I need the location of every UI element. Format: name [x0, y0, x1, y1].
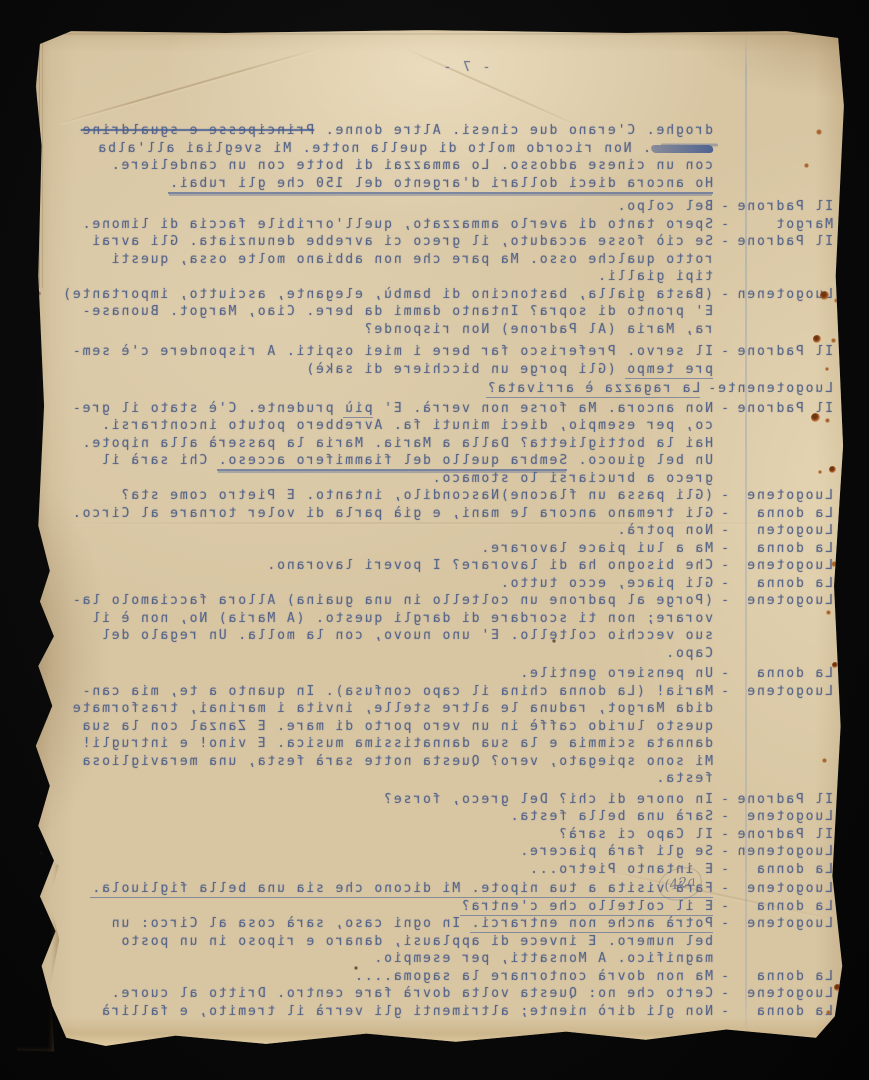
script-line: Certo che no: Questa volta dovrà fare ce… [51, 985, 713, 1003]
speaker-label: Margot [729, 216, 833, 234]
speaker-dash: - [713, 880, 729, 898]
script-line: rotto qualche osso. Ma pare che non abbi… [51, 251, 713, 269]
rust-spot [829, 466, 836, 473]
dialogue-entry: Luogotene-Sarà una bella festa. [32, 808, 833, 826]
script-line: Non gli dirò niente; altrimenti gli verr… [51, 1003, 713, 1021]
speaker-label: La donna [729, 898, 833, 916]
mirrored-typescript: - 7 - droghe. C'erano due cinesi. Altre … [26, 26, 848, 1050]
speaker-label: Il Padrone [729, 826, 833, 844]
marked-text: Ho ancora dieci dollari d'argento del 15… [168, 176, 713, 194]
dialogue-text: Gli piace, ecco tutto. [51, 575, 713, 593]
dialogue-entry: Il Padrone-Non ancora. Ma forse non verr… [32, 400, 833, 488]
script-line: vorare; non ti scordare di dargli questo… [51, 610, 713, 628]
script-line: Maria! (La donna china il capo confusa).… [51, 683, 713, 701]
speaker-label: Luogotenente [716, 380, 833, 398]
script-line: (Gli passa un flacone)Nascondilo, intant… [51, 487, 713, 505]
speaker-dash: - [713, 915, 729, 933]
speaker-dash: - [713, 575, 729, 593]
script-line: Un bel giuoco. Sembra quello del fiammif… [51, 452, 713, 470]
script-line: Spero tanto di averlo ammazzato, quell'o… [51, 216, 713, 234]
speaker-label: Luogotene [729, 808, 833, 826]
dialogue-entry: Luogotene-Potrà anche non entrarci. In o… [32, 915, 833, 968]
marked-text: più [343, 401, 372, 418]
speaker-label: La donna [729, 861, 833, 879]
script-line: ra, Maria (Al Padrone) Non risponde? [51, 321, 713, 339]
script-line: droghe. C'erano due cinesi. Altre donne.… [51, 122, 713, 140]
dialogue-entry: Luogoten-Non potrà. [32, 522, 833, 540]
script-line: (Porge al padrone un coltello in una gua… [51, 592, 713, 610]
dialogue-text: Ma non dovrà contornare la sagoma.... [51, 968, 713, 986]
speaker-label: Luogotenen [729, 843, 833, 861]
dialogue-entry: Luogotene-Maria! (La donna china il capo… [32, 683, 833, 788]
dialogue-entry: Il Padrone-Se ciò fosse accaduto, il gre… [32, 233, 833, 286]
script-line: E il coltello che c'entra? [51, 898, 713, 916]
dialogue-entry: La donna-E intanto Pietro... [32, 861, 833, 879]
rust-spot [813, 335, 821, 343]
speaker-label: Luogotenen [729, 286, 833, 304]
dialogue-text: In onore di chi? Del greco, forse? [51, 791, 713, 809]
speaker-dash: - [713, 683, 729, 701]
marked-text: Potrà anche non entrarci. [470, 916, 713, 933]
speaker-dash: - [713, 540, 729, 558]
marked-text: pre tempo [625, 362, 713, 379]
speaker-dash: - [713, 665, 729, 683]
dialogue-text: droghe. C'erano due cinesi. Altre donne.… [51, 122, 713, 192]
dialogue-text: Se ciò fosse accaduto, il greco ci avreb… [51, 233, 713, 286]
dialogue-entry: droghe. C'erano due cinesi. Altre donne.… [32, 122, 833, 192]
speaker-label: Luogoten [729, 522, 833, 540]
dialogue-text: (Gli passa un flacone)Nascondilo, intant… [51, 487, 713, 505]
script-line: Un pensiero gentile. [51, 665, 713, 683]
torn-paper-flap [6, 850, 61, 1051]
dialogue-text: Maria! (La donna china il capo confusa).… [51, 683, 713, 788]
script-line: Ma a lui piace lavorare. [51, 540, 713, 558]
script-line: Hai la bottiglietta? Dalla a Maria. Mari… [51, 435, 713, 453]
dialogue-entry: La donna-E il coltello che c'entra? [32, 898, 833, 916]
dialogue-entry: Il Padrone-Bel colpo. [32, 198, 833, 216]
speaker-dash: - [713, 522, 729, 540]
script-line: greco a bruciarsi lo stomaco. [51, 470, 713, 488]
script-line: questo lurido caffè in un vero porto di … [51, 718, 713, 736]
rust-spot [820, 291, 829, 300]
script-line: E intanto Pietro... [51, 861, 713, 879]
dialogue-text: Sarà una bella festa. [51, 808, 713, 826]
dialogue-text: Certo che no: Questa volta dovrà fare ce… [51, 985, 713, 1003]
script-line: (Basta gialla, bastoncino di bambù, eleg… [51, 286, 713, 304]
script-line: bel numero. E invece di applausi, danaro… [51, 933, 713, 951]
script-line: Potrà anche non entrarci. In ogni caso, … [51, 915, 713, 933]
speaker-label: Luogotene [729, 985, 833, 1003]
dialogue-text: (Basta gialla, bastoncino di bambù, eleg… [51, 286, 713, 339]
script-line: La ragazza è arrivata? [38, 380, 700, 398]
rust-spot [831, 338, 836, 343]
speaker-dash: - [700, 380, 716, 398]
dialogue-entry: Margot-Spero tanto di averlo ammazzato, … [32, 216, 833, 234]
marked-text: La ragazza è arrivata? [486, 381, 700, 398]
script-body: droghe. C'erano due cinesi. Altre donne.… [32, 122, 833, 1020]
script-line: pre tempo (Gli porge un bicchiere di sak… [51, 361, 713, 379]
dialogue-text: (Porge al padrone un coltello in una gua… [51, 592, 713, 662]
speaker-dash: - [713, 557, 729, 575]
speaker-label: La donna [729, 665, 833, 683]
script-line: Ma non dovrà contornare la sagoma.... [51, 968, 713, 986]
rust-spot [825, 418, 830, 423]
speaker-dash: - [713, 216, 729, 234]
speaker-dash: - [713, 198, 729, 216]
speaker-dash: - [713, 826, 729, 844]
script-line: Se gli farà piacere. [51, 843, 713, 861]
speaker-dash: - [713, 843, 729, 861]
rust-spot [822, 758, 827, 763]
marked-text: Farà visita a tua nipote. Mi dicono che … [90, 881, 713, 898]
script-line: Capo. [51, 645, 713, 663]
rust-spot [834, 984, 841, 991]
document-page: - 7 - droghe. C'erano due cinesi. Altre … [26, 26, 848, 1050]
rust-spot [834, 298, 839, 303]
ink-blot [650, 145, 713, 153]
speaker-label: Il Padrone [729, 791, 833, 809]
speaker-label: La donna [729, 540, 833, 558]
rust-spot [832, 662, 838, 668]
speaker-dash: - [713, 286, 729, 304]
script-line: Gli piace, ecco tutto. [51, 575, 713, 593]
script-line: Bel colpo. [51, 198, 713, 216]
dialogue-text: Non potrà. [51, 522, 713, 540]
rust-spot [826, 1010, 831, 1015]
speaker-dash: - [713, 343, 729, 361]
dialogue-text: E intanto Pietro... [51, 861, 713, 879]
script-line: Non potrà. [51, 522, 713, 540]
script-line: magnifico. A Monsatti, per esempio. [51, 950, 713, 968]
dialogue-entry: La donna-Gli tremano ancora le mani, e g… [32, 505, 833, 523]
dialogue-text: Potrà anche non entrarci. In ogni caso, … [51, 915, 713, 968]
marked-text: Principesse e sgualdrine [81, 123, 314, 138]
script-line: con un cinese addosso. Lo ammazzai di bo… [51, 157, 713, 175]
speaker-dash: - [713, 1003, 729, 1021]
speaker-dash: - [713, 968, 729, 986]
dialogue-text: Spero tanto di averlo ammazzato, quell'o… [51, 216, 713, 234]
dialogue-entry: Il Padrone-Il Capo ci sarà? [32, 826, 833, 844]
dialogue-text: E il coltello che c'entra? [51, 898, 713, 916]
script-line: tipi gialli. [51, 268, 713, 286]
speaker-dash: - [713, 791, 729, 809]
speaker-dash: - [713, 400, 729, 418]
speaker-label: La donna [729, 1003, 833, 1021]
marked-text: Sembra quello del fiammifero acceso. [217, 453, 567, 471]
dialogue-text: Che bisogno ha di lavorare? I poveri lav… [51, 557, 713, 575]
script-line: Ho ancora dieci dollari d'argento del 15… [51, 175, 713, 193]
dialogue-entry: La donna-Non gli dirò niente; altrimenti… [32, 1003, 833, 1021]
speaker-label: Il Padrone [729, 233, 833, 251]
script-line: In onore di chi? Del greco, forse? [51, 791, 713, 809]
script-line: Se ciò fosse accaduto, il greco ci avreb… [51, 233, 713, 251]
speaker-label: Il Padrone [729, 343, 833, 361]
script-line: E' pronto di sopra? Intanto dammi da ber… [51, 303, 713, 321]
dialogue-entry: La donna-Un pensiero gentile. [32, 665, 833, 683]
speaker-label: La donna [729, 575, 833, 593]
dialogue-text: Se gli farà piacere. [51, 843, 713, 861]
dialogue-text: Non ancora. Ma forse non verrà. E' più p… [51, 400, 713, 488]
speaker-dash: - [713, 808, 729, 826]
dialogue-entry: Luogotene-(Gli passa un flacone)Nascondi… [32, 487, 833, 505]
script-line: Il Capo ci sarà? [51, 826, 713, 844]
script-line: Farà visita a tua nipote. Mi dicono che … [51, 880, 713, 898]
rust-spot [818, 470, 822, 474]
speaker-dash: - [713, 487, 729, 505]
script-line: Che bisogno ha di lavorare? I poveri lav… [51, 557, 713, 575]
speaker-label: Luogotene [729, 683, 833, 701]
speaker-dash: - [713, 505, 729, 523]
page-number: - 7 - [84, 59, 848, 77]
script-line: dida Margot, raduna le altre stelle, inv… [51, 700, 713, 718]
dialogue-text: Il Capo ci sarà? [51, 826, 713, 844]
script-line: suo vecchio coltello. E' uno nuovo, con … [51, 627, 713, 645]
dialogue-entry: Il Padrone-Il servo. Preferisco far bere… [32, 343, 833, 378]
speaker-dash: - [713, 898, 729, 916]
script-line: festa. [51, 770, 713, 788]
script-line: Il servo. Preferisco far bere i miei osp… [51, 343, 713, 361]
speaker-label: Luogotene [729, 915, 833, 933]
speaker-label: Luogotene [729, 880, 833, 898]
speaker-label: Luogotene [729, 592, 833, 610]
script-line: Non ancora. Ma forse non verrà. E' più p… [51, 400, 713, 418]
dialogue-entry: Luogotene-Che bisogno ha di lavorare? I … [32, 557, 833, 575]
rust-spot [811, 413, 820, 422]
speaker-label: La donna [729, 505, 833, 523]
dialogue-entry: La donna-Gli piace, ecco tutto. [32, 575, 833, 593]
rust-spot [826, 610, 831, 615]
dialogue-text: Farà visita a tua nipote. Mi dicono che … [51, 880, 713, 898]
dialogue-text: Gli tremano ancora le mani, e già parla … [51, 505, 713, 523]
speaker-label: Il Padrone [729, 198, 833, 216]
speaker-label: Luogotene [729, 557, 833, 575]
script-line: . Non ricordo molto di quella notte. Mi … [51, 140, 713, 158]
dialogue-entry: Luogotene-(Porge al padrone un coltello … [32, 592, 833, 662]
ink-speck [354, 966, 358, 970]
speaker-label: Luogotene [729, 487, 833, 505]
speaker-label: La donna [729, 968, 833, 986]
dialogue-entry: Luogotenente-La ragazza è arrivata? [32, 380, 833, 398]
script-line: Sarà una bella festa. [51, 808, 713, 826]
script-line: Gli tremano ancora le mani, e già parla … [51, 505, 713, 523]
ink-speck [36, 291, 41, 296]
speaker-dash: - [713, 985, 729, 1003]
dialogue-text: Un pensiero gentile. [51, 665, 713, 683]
dialogue-text: La ragazza è arrivata? [38, 380, 700, 398]
dialogue-text: Il servo. Preferisco far bere i miei osp… [51, 343, 713, 378]
marked-text: E il coltello che c'entra? [460, 899, 713, 916]
speaker-dash: - [713, 861, 729, 879]
dialogue-entry: La donna-Ma non dovrà contornare la sago… [32, 968, 833, 986]
script-line: Mi sono spiegato, vero? Questa notte sar… [51, 753, 713, 771]
rust-spot [804, 163, 809, 168]
ink-speck [552, 639, 556, 643]
dialogue-text: Ma a lui piace lavorare. [51, 540, 713, 558]
rust-spot [831, 561, 837, 567]
dialogue-entry: La donna-Ma a lui piace lavorare. [32, 540, 833, 558]
photo-background: - 7 - droghe. C'erano due cinesi. Altre … [0, 0, 869, 1080]
dialogue-entry: Luogotene-Farà visita a tua nipote. Mi d… [32, 880, 833, 898]
speaker-dash: - [713, 592, 729, 610]
dialogue-entry: Luogotenen-(Basta gialla, bastoncino di … [32, 286, 833, 339]
script-line: dannata scimmia e la sua dannatissima mu… [51, 735, 713, 753]
rust-spot [816, 129, 822, 135]
rust-spot [825, 367, 829, 371]
dialogue-text: Bel colpo. [51, 198, 713, 216]
dialogue-entry: Il Padrone-In onore di chi? Del greco, f… [32, 791, 833, 809]
script-line: co, per esempio, dieci minuti fa. Avrebb… [51, 417, 713, 435]
dialogue-text: Non gli dirò niente; altrimenti gli verr… [51, 1003, 713, 1021]
speaker-dash: - [713, 233, 729, 251]
dialogue-entry: Luogotenen-Se gli farà piacere. [32, 843, 833, 861]
dialogue-entry: Luogotene-Certo che no: Questa volta dov… [32, 985, 833, 1003]
